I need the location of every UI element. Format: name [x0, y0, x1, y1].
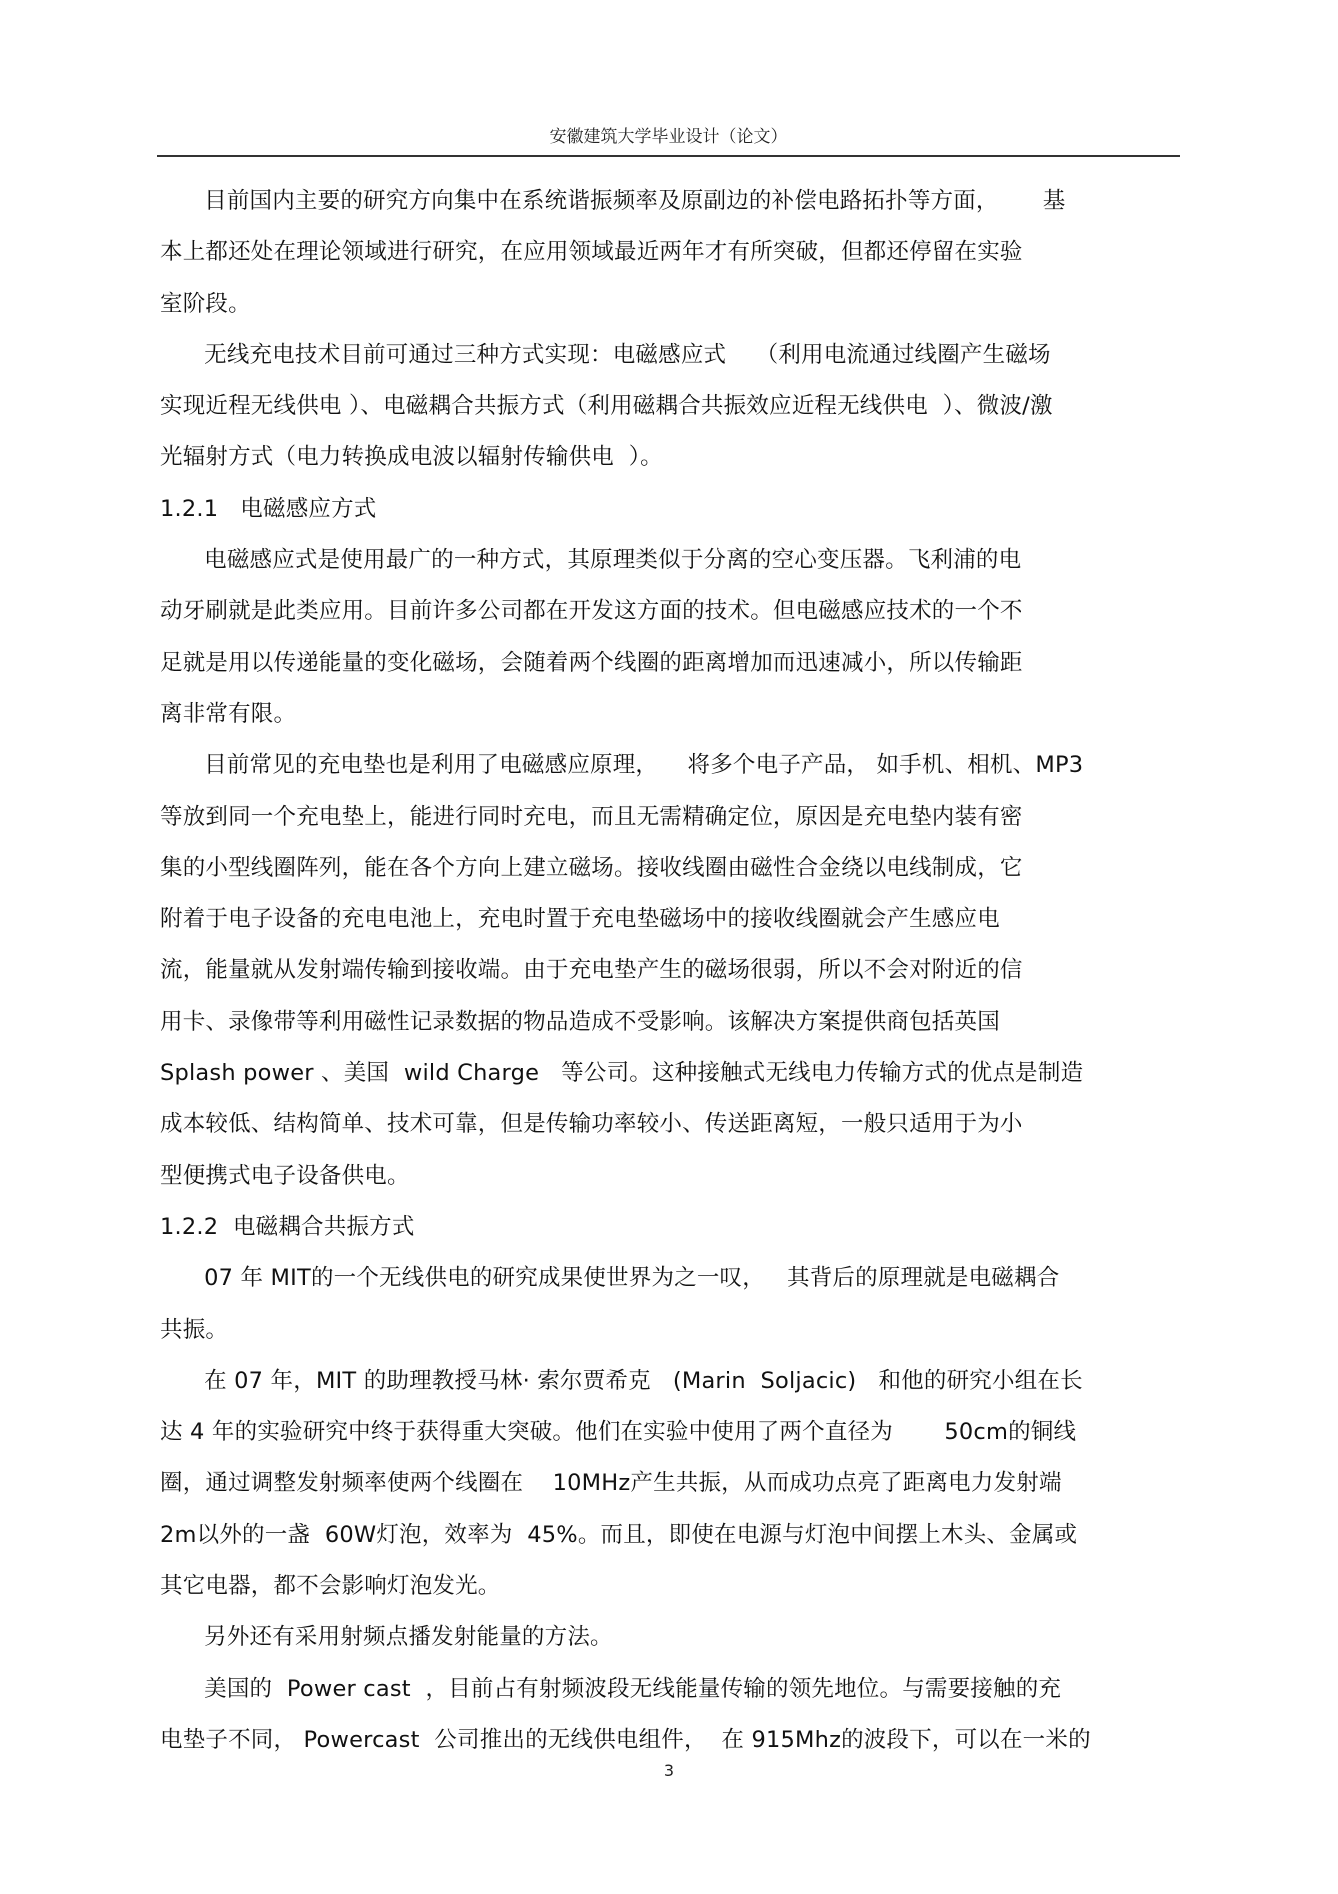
- text-line: 2m以外的一盏 60W灯泡，效率为 45%。而且，即使在电源与灯泡中间摆上木头、…: [160, 1510, 1190, 1561]
- text-line: 美国的 Power cast ，目前占有射频波段无线能量传输的领先地位。与需要接…: [160, 1664, 1190, 1715]
- text-line: 实现近程无线供电 ）、电磁耦合共振方式（利用磁耦合共振效应近程无线供电 ）、微波…: [160, 381, 1190, 432]
- text-line: 目前常见的充电垫也是利用了电磁感应原理， 将多个电子产品， 如手机、相机、MP3: [160, 740, 1190, 791]
- text-line: 在 07 年，MIT 的助理教授马林· 索尔贾希克 (Marin Soljaci…: [160, 1356, 1190, 1407]
- page-number: 3: [0, 1761, 1338, 1780]
- text-line: 型便携式电子设备供电。: [160, 1151, 1190, 1202]
- body-text: 目前国内主要的研究方向集中在系统谐振频率及原副边的补偿电路拓扑等方面， 基 本上…: [160, 176, 1190, 1766]
- text-line: 共振。: [160, 1305, 1190, 1356]
- text-line: 达 4 年的实验研究中终于获得重大突破。他们在实验中使用了两个直径为 50cm的…: [160, 1407, 1190, 1458]
- text-line: 本上都还处在理论领域进行研究，在应用领域最近两年才有所突破，但都还停留在实验: [160, 227, 1190, 278]
- text-line: 动牙刷就是此类应用。目前许多公司都在开发这方面的技术。但电磁感应技术的一个不: [160, 586, 1190, 637]
- text-line: 室阶段。: [160, 279, 1190, 330]
- section-heading-1-2-1: 1.2.1 电磁感应方式: [160, 484, 1190, 535]
- text-line: 成本较低、结构简单、技术可靠，但是传输功率较小、传送距离短，一般只适用于为小: [160, 1099, 1190, 1150]
- page-header-title: 安徽建筑大学毕业设计（论文）: [157, 122, 1180, 147]
- text-line: 集的小型线圈阵列，能在各个方向上建立磁场。接收线圈由磁性合金绕以电线制成，它: [160, 843, 1190, 894]
- text-line: 光辐射方式（电力转换成电波以辐射传输供电 ）。: [160, 432, 1190, 483]
- text-line: 用卡、录像带等利用磁性记录数据的物品造成不受影响。该解决方案提供商包括英国: [160, 997, 1190, 1048]
- text-line: 无线充电技术目前可通过三种方式实现：电磁感应式 （利用电流通过线圈产生磁场: [160, 330, 1190, 381]
- text-line: 流，能量就从发射端传输到接收端。由于充电垫产生的磁场很弱，所以不会对附近的信: [160, 945, 1190, 996]
- text-line: 附着于电子设备的充电电池上，充电时置于充电垫磁场中的接收线圈就会产生感应电: [160, 894, 1190, 945]
- text-line: 电磁感应式是使用最广的一种方式，其原理类似于分离的空心变压器。飞利浦的电: [160, 535, 1190, 586]
- text-line: 另外还有采用射频点播发射能量的方法。: [160, 1612, 1190, 1663]
- header-divider: [157, 155, 1180, 157]
- text-line: 足就是用以传递能量的变化磁场，会随着两个线圈的距离增加而迅速减小，所以传输距: [160, 638, 1190, 689]
- text-line: 等放到同一个充电垫上，能进行同时充电，而且无需精确定位，原因是充电垫内装有密: [160, 792, 1190, 843]
- text-line: 其它电器，都不会影响灯泡发光。: [160, 1561, 1190, 1612]
- text-line: 圈，通过调整发射频率使两个线圈在 10MHz产生共振，从而成功点亮了距离电力发射…: [160, 1458, 1190, 1509]
- section-heading-1-2-2: 1.2.2 电磁耦合共振方式: [160, 1202, 1190, 1253]
- text-line: 离非常有限。: [160, 689, 1190, 740]
- text-line: Splash power 、美国 wild Charge 等公司。这种接触式无线…: [160, 1048, 1190, 1099]
- text-line: 07 年 MIT的一个无线供电的研究成果使世界为之一叹， 其背后的原理就是电磁耦…: [160, 1253, 1190, 1304]
- text-line: 电垫子不同， Powercast 公司推出的无线供电组件， 在 915Mhz的波…: [160, 1715, 1190, 1766]
- text-line: 目前国内主要的研究方向集中在系统谐振频率及原副边的补偿电路拓扑等方面， 基: [160, 176, 1190, 227]
